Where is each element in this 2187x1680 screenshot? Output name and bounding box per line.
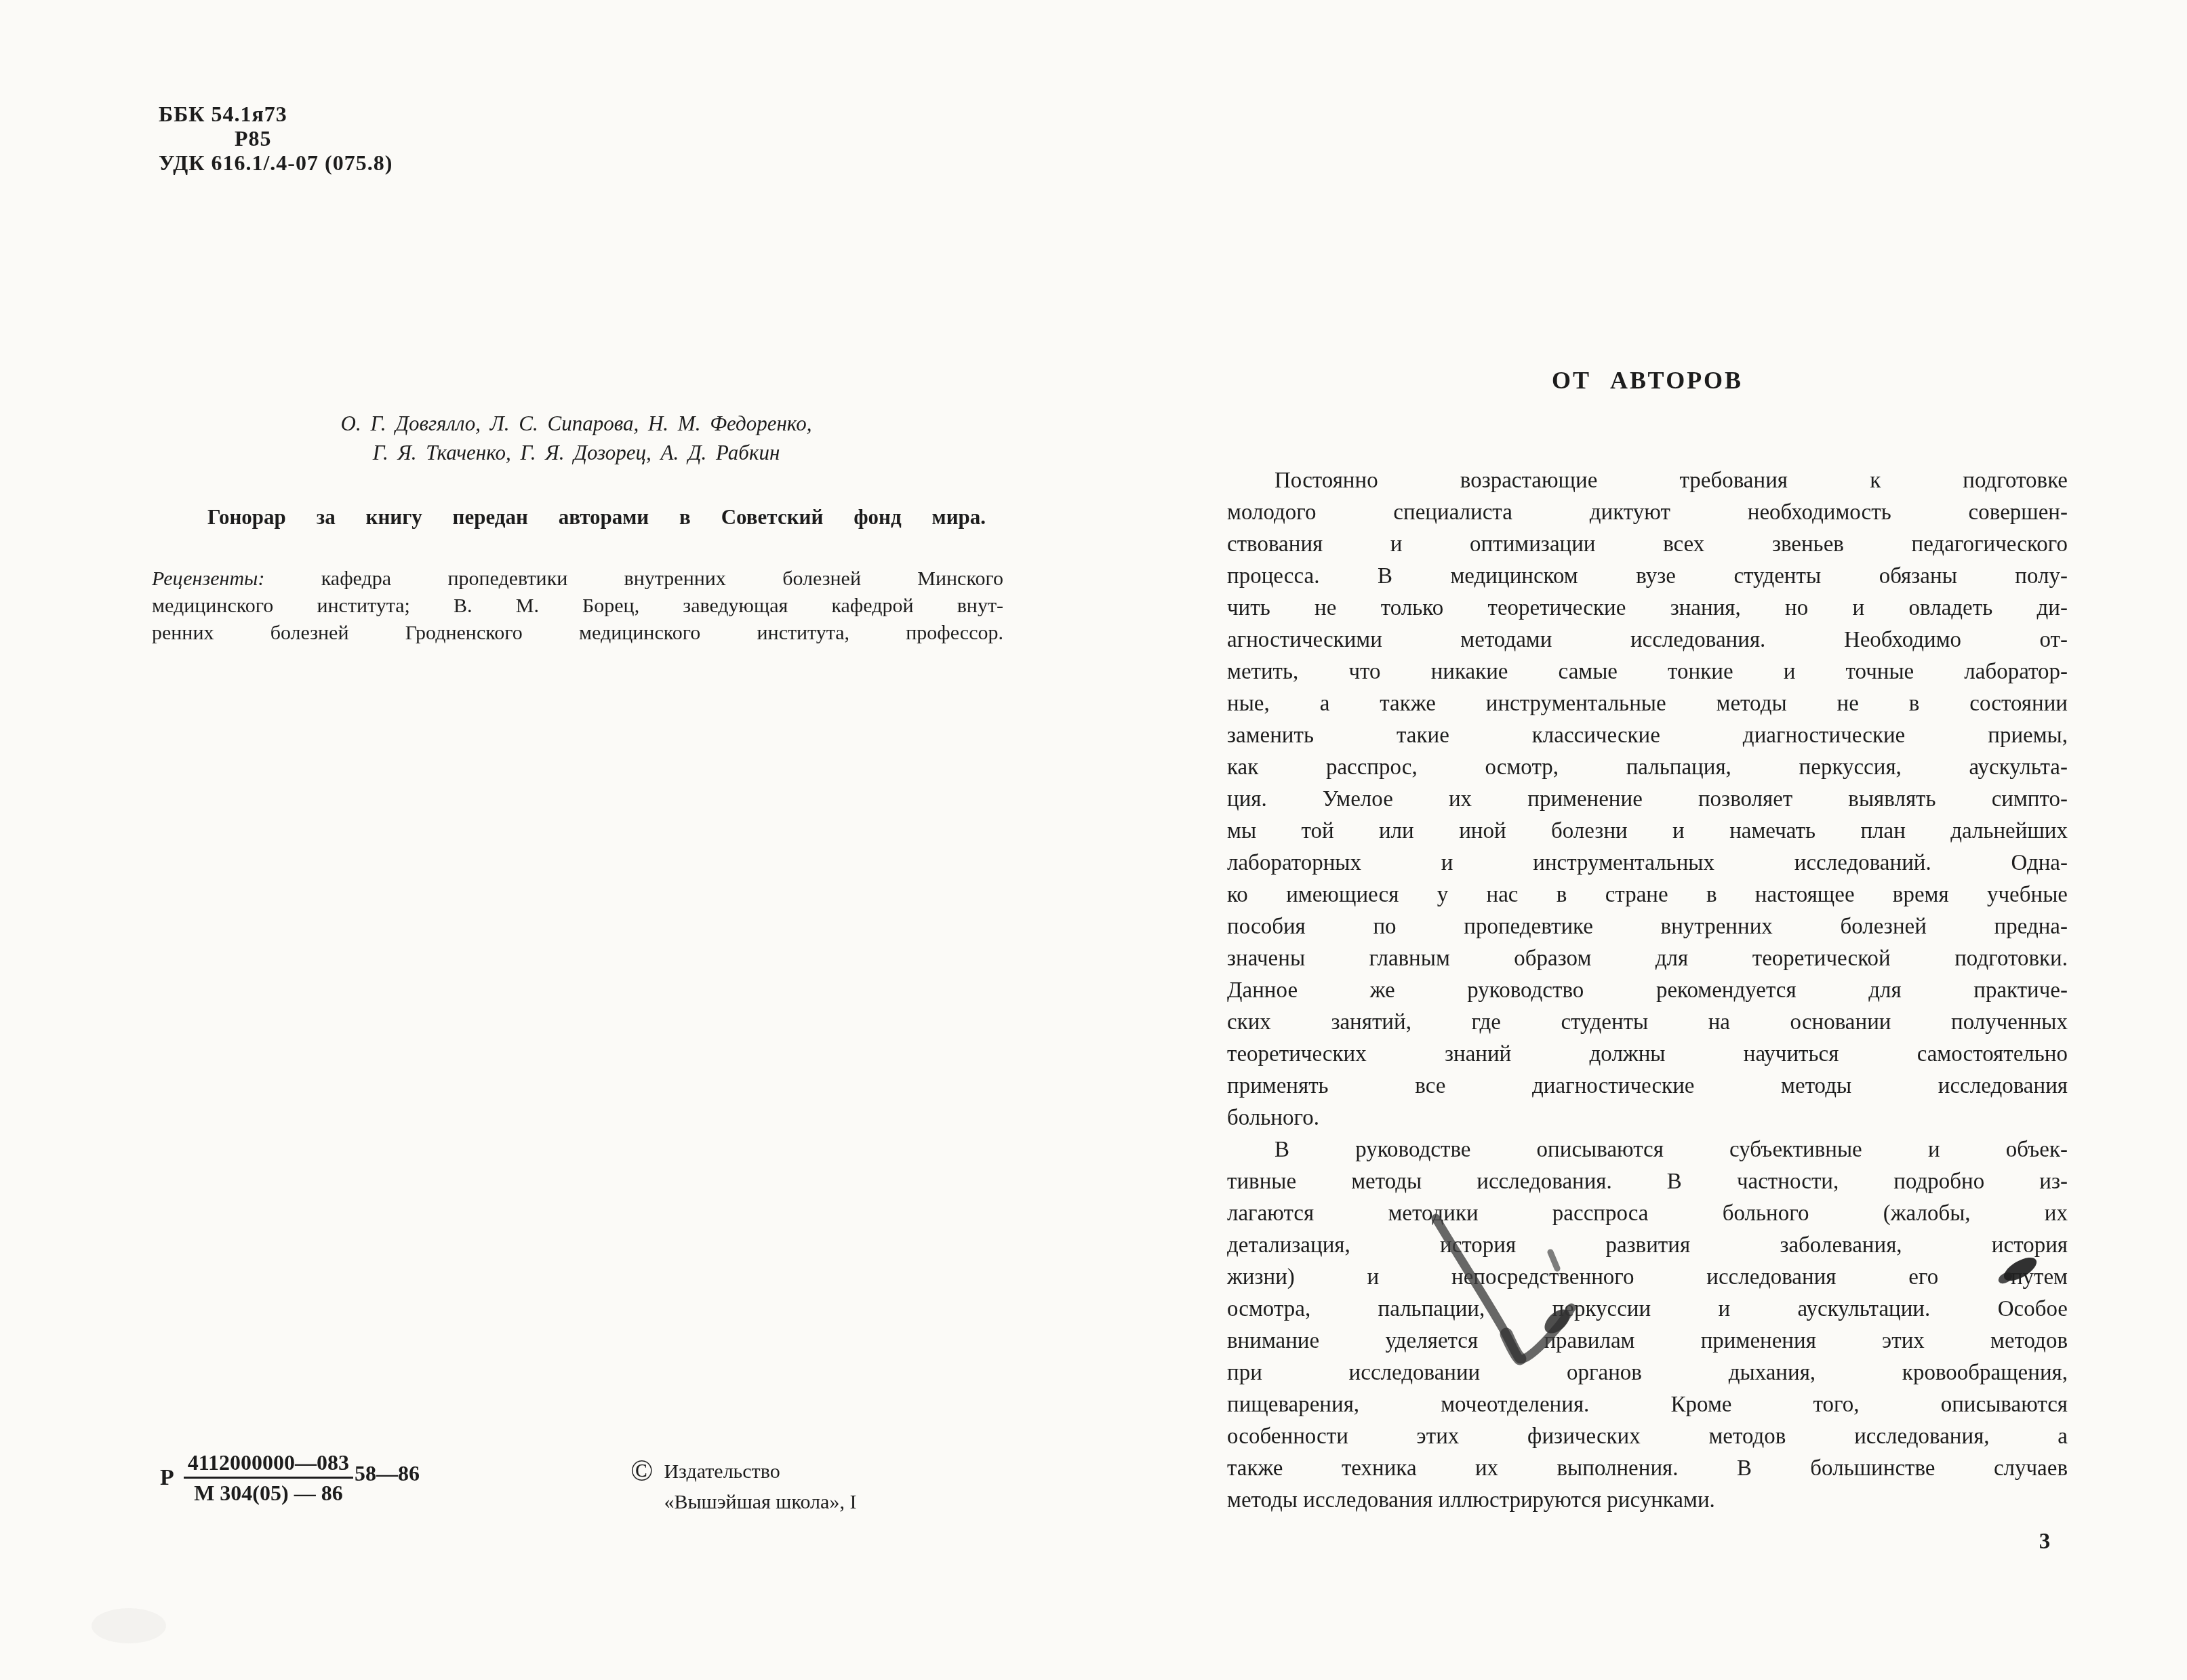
copyright-icon: © (630, 1456, 653, 1486)
text-line: молодого специалиста диктуют необходимос… (1227, 497, 2068, 529)
scan-smudge (92, 1608, 166, 1643)
text-line: при исследовании органов дыхания, кровоо… (1227, 1357, 2068, 1389)
text-line: заменить такие классические диагностичес… (1227, 720, 2068, 752)
text-line: ные, а также инструментальные методы не … (1227, 688, 2068, 720)
reviewers-line: медицинского института; В. М. Борец, зав… (152, 593, 1003, 620)
reviewers-text: кафедра пропедевтики внутренних болезней… (321, 567, 1003, 590)
text-line: применять все диагностические методы исс… (1227, 1071, 2068, 1102)
text-line: Постоянно возрастающие требования к подг… (1227, 465, 2068, 497)
fraction-denominator: М 304(05) — 86 (184, 1479, 353, 1506)
copyright-block: © Издательство «Вышэйшая школа», I (630, 1456, 856, 1517)
text-line: лабораторных и инструментальных исследов… (1227, 847, 2068, 879)
catalog-fraction: 4112000000—083 М 304(05) — 86 (184, 1449, 353, 1506)
text-line: мы той или иной болезни и намечать план … (1227, 816, 2068, 847)
honorarium-note: Гонорар за книгу передан авторами в Сове… (207, 505, 986, 529)
publisher-line: Издательство (664, 1456, 856, 1487)
text-line: особенности этих физических методов иссл… (1227, 1421, 2068, 1453)
catalog-suffix: 58—86 (355, 1461, 420, 1486)
text-line: ствования и оптимизации всех звеньев пед… (1227, 529, 2068, 561)
text-line: пособия по пропедевтике внутренних болез… (1227, 911, 2068, 943)
text-line: лагаются методики расспроса больного (жа… (1227, 1198, 2068, 1230)
authors-block: О. Г. Довгялло, Л. С. Сипарова, Н. М. Фе… (224, 409, 929, 467)
catalog-index-code: Р 4112000000—083 М 304(05) — 86 58—86 (160, 1449, 420, 1506)
chapter-title: ОТ АВТОРОВ (1227, 366, 2068, 395)
text-line: тивные методы исследования. В частности,… (1227, 1166, 2068, 1198)
bbk-code: ББК 54.1я73 (159, 102, 393, 126)
text-line: методы исследования иллюстрируются рисун… (1227, 1485, 2068, 1517)
reviewers-line: ренних болезней Гродненского медицинског… (152, 620, 1003, 647)
text-line: ция. Умелое их применение позволяет выяв… (1227, 784, 2068, 816)
authors-line: О. Г. Довгялло, Л. С. Сипарова, Н. М. Фе… (224, 409, 929, 438)
text-line: теоретических знаний должны научиться са… (1227, 1039, 2068, 1071)
text-line: как расспрос, осмотр, пальпация, перкусс… (1227, 752, 2068, 784)
text-line: чить не только теоретические знания, но … (1227, 593, 2068, 624)
text-line: осмотра, пальпации, перкуссии и аускульт… (1227, 1294, 2068, 1325)
chapter-body: Постоянно возрастающие требования к подг… (1227, 465, 2068, 1517)
fraction-numerator: 4112000000—083 (184, 1449, 353, 1479)
publisher-line: «Вышэйшая школа», I (664, 1487, 856, 1517)
catalog-prefix: Р (160, 1465, 174, 1491)
text-line: больного. (1227, 1102, 2068, 1134)
text-line: метить, что никакие самые тонкие и точны… (1227, 656, 2068, 688)
udk-code: УДК 616.1/.4-07 (075.8) (159, 151, 393, 175)
text-line: пищеварения, мочеотделения. Кроме того, … (1227, 1389, 2068, 1421)
text-line: детализация, история развития заболевани… (1227, 1230, 2068, 1262)
text-line: также техника их выполнения. В большинст… (1227, 1453, 2068, 1485)
reviewers-line: Рецензенты: кафедра пропедевтики внутрен… (152, 565, 1003, 593)
text-line: процесса. В медицинском вузе студенты об… (1227, 561, 2068, 593)
text-line: внимание уделяется правилам применения э… (1227, 1325, 2068, 1357)
text-line: значены главным образом для теоретическо… (1227, 943, 2068, 975)
text-line: жизни) и непосредственного исследования … (1227, 1262, 2068, 1294)
text-line: Данное же руководство рекомендуется для … (1227, 975, 2068, 1007)
text-line: В руководстве описываются субъективные и… (1227, 1134, 2068, 1166)
bibliographic-codes: ББК 54.1я73 Р85 УДК 616.1/.4-07 (075.8) (159, 102, 393, 175)
reviewers-block: Рецензенты: кафедра пропедевтики внутрен… (152, 565, 1003, 647)
catalog-letter-code: Р85 (159, 126, 393, 151)
text-line: агностическими методами исследования. Не… (1227, 624, 2068, 656)
reviewers-label: Рецензенты: (152, 567, 264, 590)
text-line: ко имеющиеся у нас в стране в настоящее … (1227, 879, 2068, 911)
book-spread-scan: ББК 54.1я73 Р85 УДК 616.1/.4-07 (075.8) … (0, 0, 2187, 1680)
text-line: ских занятий, где студенты на основании … (1227, 1007, 2068, 1039)
page-number: 3 (2023, 1529, 2066, 1555)
authors-line: Г. Я. Ткаченко, Г. Я. Дозорец, А. Д. Раб… (224, 438, 929, 467)
